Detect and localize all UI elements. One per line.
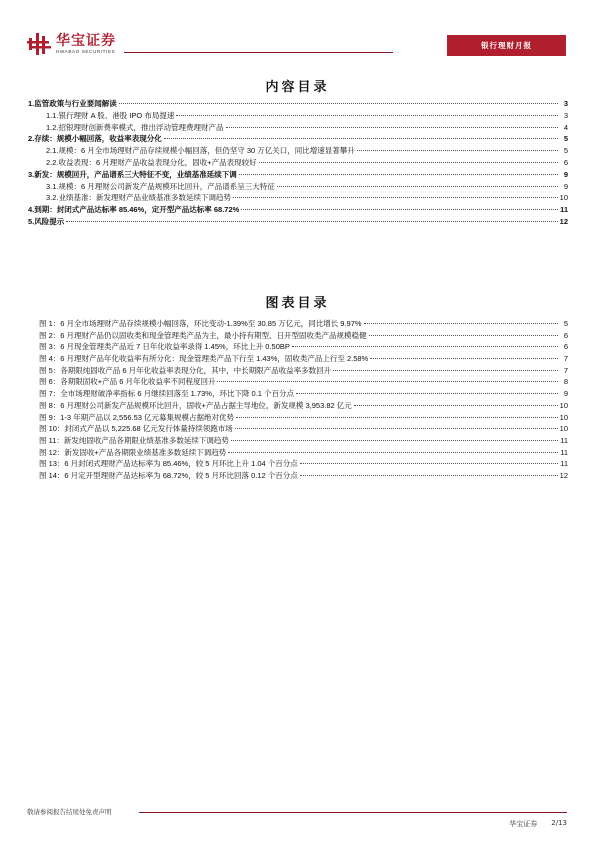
header-divider xyxy=(124,52,393,53)
figure-entry-page: 9 xyxy=(560,388,568,400)
dot-leader xyxy=(296,393,558,394)
figure-entry-label: 图 7：全市场理财破净率指标 6 月继续回落至 1.73%，环比下降 0.1 个… xyxy=(39,388,294,400)
toc-entry[interactable]: 1.2.招银理财创新费率模式，推出浮动管理费理财产品 4 xyxy=(28,122,568,134)
report-type-badge: 银行理财月报 xyxy=(447,35,566,56)
figure-entry-label: 图 12：新发固收+产品各期限业绩基准多数延续下调趋势 xyxy=(39,447,226,459)
toc-entry[interactable]: 1.1.银行理财 A 股、港股 IPO 布局提速 3 xyxy=(28,110,568,122)
figure-entry-page: 10 xyxy=(560,400,568,412)
figure-entry-page: 6 xyxy=(560,341,568,353)
toc-entry-label: 5.风险提示 xyxy=(28,216,64,228)
figure-entry-label: 图 3：6 月现金管理类产品近 7 日年化收益率录得 1.45%，环比上升 0.… xyxy=(39,341,290,353)
toc-entry[interactable]: 2.1.规模：6 月全市场理财产品存续规模小幅回落，但仍坚守 30 万亿关口，同… xyxy=(28,145,568,157)
dot-leader xyxy=(236,417,558,418)
dot-leader xyxy=(333,370,558,371)
toc-entry[interactable]: 2.存续：规模小幅回落，收益率表现分化 5 xyxy=(28,133,568,145)
page-header: 华宝证券 HWABAO SECURITIES 银行理财月报 xyxy=(0,0,595,70)
logo-english-name: HWABAO SECURITIES xyxy=(56,49,116,55)
toc-entry[interactable]: 2.2.收益表现：6 月理财产品收益表现分化，固收+产品表现较好 6 xyxy=(28,157,568,169)
figure-entry-page: 11 xyxy=(560,458,568,470)
dot-leader xyxy=(235,428,558,429)
dot-leader xyxy=(364,323,558,324)
toc-entry[interactable]: 4.到期：封闭式产品达标率 85.46%，定开型产品达标率 68.72% 11 xyxy=(28,204,568,216)
dot-leader xyxy=(277,186,558,187)
toc-entry-label: 2.1.规模：6 月全市场理财产品存续规模小幅回落，但仍坚守 30 万亿关口，同… xyxy=(46,145,355,157)
figure-entry-page: 10 xyxy=(560,412,568,424)
figure-entry-label: 图 11：新发纯固收产品各期限业绩基准多数延续下调趋势 xyxy=(39,435,229,447)
figure-entry-page: 6 xyxy=(560,330,568,342)
toc-entry-label: 1.2.招银理财创新费率模式，推出浮动管理费理财产品 xyxy=(46,122,224,134)
figure-entry[interactable]: 图 7：全市场理财破净率指标 6 月继续回落至 1.73%，环比下降 0.1 个… xyxy=(39,388,568,400)
dot-leader xyxy=(239,174,558,175)
figure-entry-label: 图 14：6 月定开型理财产品达标率为 68.72%，较 5 月环比回落 0.1… xyxy=(39,470,298,482)
toc-entry-page: 9 xyxy=(560,181,568,193)
figure-entry[interactable]: 图 9：1-3 年期产品以 2,556.53 亿元募集规模占据绝对优势 10 xyxy=(39,412,568,424)
figure-entry[interactable]: 图 14：6 月定开型理财产品达标率为 68.72%，较 5 月环比回落 0.1… xyxy=(39,470,568,482)
figure-entry[interactable]: 图 1：6 月全市场理财产品存续规模小幅回落，环比变动-1.39%至 30.85… xyxy=(39,318,568,330)
figure-entry-label: 图 2：6 月理财产品仍以固收类和现金管理类产品为主，最小持有期型、日开型固收类… xyxy=(39,330,367,342)
contents-list: 1.监管政策与行业要闻解读 3 1.1.银行理财 A 股、港股 IPO 布局提速… xyxy=(28,98,568,228)
toc-entry-page: 5 xyxy=(560,145,568,157)
figure-entry[interactable]: 图 6：各期限固收+产品 6 月年化收益率不同程度回升 8 xyxy=(39,376,568,388)
dot-leader xyxy=(119,103,558,104)
dot-leader xyxy=(354,405,558,406)
dot-leader xyxy=(164,138,558,139)
figure-entry[interactable]: 图 4：6 月理财产品年化收益率有所分化：现金管理类产品下行至 1.43%，固收… xyxy=(39,353,568,365)
toc-entry-page: 12 xyxy=(560,216,568,228)
dot-leader xyxy=(300,475,558,476)
dot-leader xyxy=(226,127,558,128)
dot-leader xyxy=(241,209,558,210)
figure-entry-page: 12 xyxy=(560,470,568,482)
figure-entry-label: 图 10：封闭式产品以 5,225.68 亿元发行体量持续领跑市场 xyxy=(39,423,233,435)
dot-leader xyxy=(370,358,558,359)
dot-leader xyxy=(228,452,558,453)
contents-title: 内容目录 xyxy=(0,76,595,95)
footer-divider xyxy=(139,812,567,813)
figure-entry[interactable]: 图 8：6 月理财公司新发产品规模环比回升，固收+产品占据主导地位，新发规模 3… xyxy=(39,400,568,412)
figure-entry-label: 图 8：6 月理财公司新发产品规模环比回升，固收+产品占据主导地位，新发规模 3… xyxy=(39,400,352,412)
page-number: 2/13 xyxy=(551,819,567,829)
dot-leader xyxy=(233,197,558,198)
toc-entry-page: 3 xyxy=(560,98,568,110)
toc-entry-label: 1.监管政策与行业要闻解读 xyxy=(28,98,117,110)
toc-entry[interactable]: 3.2.业绩基准：新发理财产品业绩基准多数延续下调趋势 10 xyxy=(28,192,568,204)
figure-entry[interactable]: 图 10：封闭式产品以 5,225.68 亿元发行体量持续领跑市场 10 xyxy=(39,423,568,435)
logo-text: 华宝证券 HWABAO SECURITIES xyxy=(56,34,116,55)
figure-entry[interactable]: 图 3：6 月现金管理类产品近 7 日年化收益率录得 1.45%，环比上升 0.… xyxy=(39,341,568,353)
dot-leader xyxy=(231,440,558,441)
toc-entry-label: 3.1.规模：6 月理财公司新发产品规模环比回升，产品谱系呈三大特征 xyxy=(46,181,275,193)
figure-entry[interactable]: 图 11：新发纯固收产品各期限业绩基准多数延续下调趋势 11 xyxy=(39,435,568,447)
toc-entry[interactable]: 3.新发：规模回升，产品谱系三大特征不变，业绩基准延续下调 9 xyxy=(28,169,568,181)
toc-entry-label: 3.新发：规模回升，产品谱系三大特征不变，业绩基准延续下调 xyxy=(28,169,237,181)
toc-entry-page: 10 xyxy=(560,192,568,204)
figure-entry-label: 图 13：6 月封闭式理财产品达标率为 85.46%，较 5 月环比上升 1.0… xyxy=(39,458,298,470)
figure-entry[interactable]: 图 5：各期限纯固收产品 6 月年化收益率表现分化，其中，中长期限产品收益率多数… xyxy=(39,365,568,377)
dot-leader xyxy=(292,346,558,347)
footer-company: 华宝证券 xyxy=(509,819,537,829)
toc-entry-page: 11 xyxy=(560,204,568,216)
toc-entry-page: 9 xyxy=(560,169,568,181)
dot-leader xyxy=(176,115,558,116)
toc-entry-page: 5 xyxy=(560,133,568,145)
figure-entry-label: 图 9：1-3 年期产品以 2,556.53 亿元募集规模占据绝对优势 xyxy=(39,412,234,424)
figure-entry-label: 图 5：各期限纯固收产品 6 月年化收益率表现分化，其中，中长期限产品收益率多数… xyxy=(39,365,331,377)
figure-entry-label: 图 1：6 月全市场理财产品存续规模小幅回落，环比变动-1.39%至 30.85… xyxy=(39,318,362,330)
toc-entry[interactable]: 3.1.规模：6 月理财公司新发产品规模环比回升，产品谱系呈三大特征 9 xyxy=(28,181,568,193)
company-logo: 华宝证券 HWABAO SECURITIES xyxy=(27,32,116,56)
figure-entry-label: 图 6：各期限固收+产品 6 月年化收益率不同程度回升 xyxy=(39,376,215,388)
footer-info: 华宝证券 2/13 xyxy=(509,819,567,829)
dot-leader xyxy=(300,463,558,464)
toc-entry-label: 1.1.银行理财 A 股、港股 IPO 布局提速 xyxy=(46,110,174,122)
figures-title: 图表目录 xyxy=(0,292,595,311)
figure-entry-page: 5 xyxy=(560,318,568,330)
dot-leader xyxy=(259,162,558,163)
figure-entry-label: 图 4：6 月理财产品年化收益率有所分化：现金管理类产品下行至 1.43%，固收… xyxy=(39,353,368,365)
toc-entry[interactable]: 1.监管政策与行业要闻解读 3 xyxy=(28,98,568,110)
dot-leader xyxy=(369,335,558,336)
dot-leader xyxy=(217,381,558,382)
figure-entry-page: 7 xyxy=(560,353,568,365)
toc-entry-label: 2.2.收益表现：6 月理财产品收益表现分化，固收+产品表现较好 xyxy=(46,157,257,169)
toc-entry-page: 3 xyxy=(560,110,568,122)
figures-list: 图 1：6 月全市场理财产品存续规模小幅回落，环比变动-1.39%至 30.85… xyxy=(39,318,568,482)
figure-entry-page: 10 xyxy=(560,423,568,435)
toc-entry-label: 2.存续：规模小幅回落，收益率表现分化 xyxy=(28,133,162,145)
logo-chinese-name: 华宝证券 xyxy=(56,34,116,49)
figure-entry[interactable]: 图 12：新发固收+产品各期限业绩基准多数延续下调趋势 11 xyxy=(39,447,568,459)
figure-entry[interactable]: 图 2：6 月理财产品仍以固收类和现金管理类产品为主，最小持有期型、日开型固收类… xyxy=(39,330,568,342)
figure-entry-page: 8 xyxy=(560,376,568,388)
disclaimer-note: 敬请参阅报告结尾处免责声明 xyxy=(27,807,112,816)
toc-entry-label: 4.到期：封闭式产品达标率 85.46%，定开型产品达标率 68.72% xyxy=(28,204,239,216)
toc-entry-label: 3.2.业绩基准：新发理财产品业绩基准多数延续下调趋势 xyxy=(46,192,231,204)
figure-entry[interactable]: 图 13：6 月封闭式理财产品达标率为 85.46%，较 5 月环比上升 1.0… xyxy=(39,458,568,470)
figure-entry-page: 11 xyxy=(560,447,568,459)
logo-mark-icon xyxy=(27,32,51,56)
figure-entry-page: 7 xyxy=(560,365,568,377)
figure-entry-page: 11 xyxy=(560,435,568,447)
dot-leader xyxy=(357,150,558,151)
toc-entry[interactable]: 5.风险提示 12 xyxy=(28,216,568,228)
dot-leader xyxy=(66,221,557,222)
toc-entry-page: 4 xyxy=(560,122,568,134)
toc-entry-page: 6 xyxy=(560,157,568,169)
